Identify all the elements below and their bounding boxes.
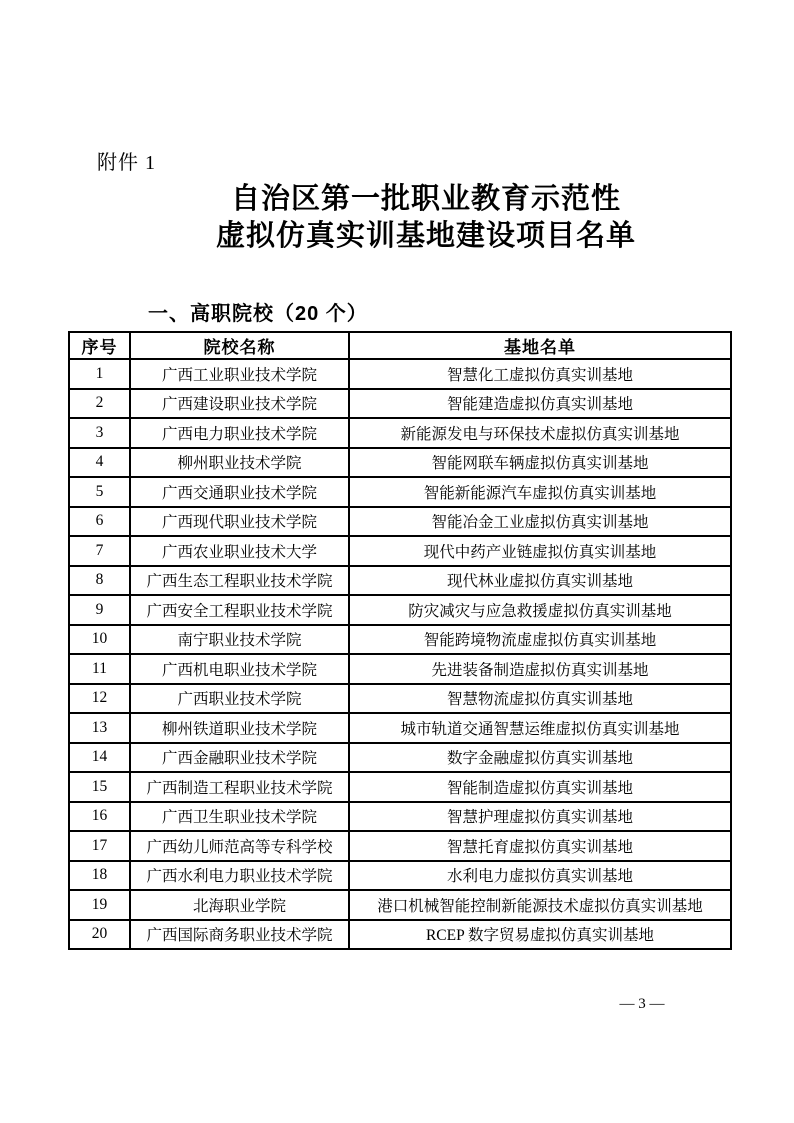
table-row: 8广西生态工程职业技术学院现代林业虚拟仿真实训基地 bbox=[69, 566, 731, 596]
base-name-cell: 数字金融虚拟仿真实训基地 bbox=[349, 743, 731, 773]
table-row: 4柳州职业技术学院智能网联车辆虚拟仿真实训基地 bbox=[69, 448, 731, 478]
base-name-cell: 智能跨境物流虚虚拟仿真实训基地 bbox=[349, 625, 731, 655]
table-row: 20广西国际商务职业技术学院RCEP 数字贸易虚拟仿真实训基地 bbox=[69, 920, 731, 950]
table-row: 11广西机电职业技术学院先进装备制造虚拟仿真实训基地 bbox=[69, 654, 731, 684]
table-row: 9广西安全工程职业技术学院防灾减灾与应急救援虚拟仿真实训基地 bbox=[69, 595, 731, 625]
institution-name-cell: 广西现代职业技术学院 bbox=[130, 507, 349, 537]
table-row: 13柳州铁道职业技术学院城市轨道交通智慧运维虚拟仿真实训基地 bbox=[69, 713, 731, 743]
row-number-cell: 9 bbox=[69, 595, 130, 625]
institution-name-cell: 北海职业学院 bbox=[130, 890, 349, 920]
document-page: 附件 1 自治区第一批职业教育示范性 虚拟仿真实训基地建设项目名单 一、高职院校… bbox=[0, 0, 794, 1123]
institution-name-cell: 广西水利电力职业技术学院 bbox=[130, 861, 349, 891]
institution-name-cell: 广西交通职业技术学院 bbox=[130, 477, 349, 507]
base-name-cell: 智能冶金工业虚拟仿真实训基地 bbox=[349, 507, 731, 537]
base-name-cell: 防灾减灾与应急救援虚拟仿真实训基地 bbox=[349, 595, 731, 625]
table-row: 2广西建设职业技术学院智能建造虚拟仿真实训基地 bbox=[69, 389, 731, 419]
row-number-cell: 14 bbox=[69, 743, 130, 773]
header-institution-name: 院校名称 bbox=[130, 332, 349, 359]
base-name-cell: 智慧化工虚拟仿真实训基地 bbox=[349, 359, 731, 389]
base-name-cell: RCEP 数字贸易虚拟仿真实训基地 bbox=[349, 920, 731, 950]
base-name-cell: 智能新能源汽车虚拟仿真实训基地 bbox=[349, 477, 731, 507]
row-number-cell: 15 bbox=[69, 772, 130, 802]
table-header: 序号 院校名称 基地名单 bbox=[69, 332, 731, 359]
institution-name-cell: 广西卫生职业技术学院 bbox=[130, 802, 349, 832]
institution-name-cell: 广西金融职业技术学院 bbox=[130, 743, 349, 773]
row-number-cell: 11 bbox=[69, 654, 130, 684]
table-row: 17广西幼儿师范高等专科学校智慧托育虚拟仿真实训基地 bbox=[69, 831, 731, 861]
table-row: 16广西卫生职业技术学院智慧护理虚拟仿真实训基地 bbox=[69, 802, 731, 832]
row-number-cell: 8 bbox=[69, 566, 130, 596]
table-row: 3广西电力职业技术学院新能源发电与环保技术虚拟仿真实训基地 bbox=[69, 418, 731, 448]
table-row: 19北海职业学院港口机械智能控制新能源技术虚拟仿真实训基地 bbox=[69, 890, 731, 920]
base-name-cell: 智能网联车辆虚拟仿真实训基地 bbox=[349, 448, 731, 478]
institution-name-cell: 广西职业技术学院 bbox=[130, 684, 349, 714]
base-name-cell: 新能源发电与环保技术虚拟仿真实训基地 bbox=[349, 418, 731, 448]
page-number: — 3 — bbox=[597, 996, 687, 1013]
document-title-line2: 虚拟仿真实训基地建设项目名单 bbox=[58, 218, 794, 255]
institution-name-cell: 广西建设职业技术学院 bbox=[130, 389, 349, 419]
institution-name-cell: 广西国际商务职业技术学院 bbox=[130, 920, 349, 950]
base-name-cell: 港口机械智能控制新能源技术虚拟仿真实训基地 bbox=[349, 890, 731, 920]
header-serial-number: 序号 bbox=[69, 332, 130, 359]
base-name-cell: 智能制造虚拟仿真实训基地 bbox=[349, 772, 731, 802]
base-name-cell: 智慧托育虚拟仿真实训基地 bbox=[349, 831, 731, 861]
row-number-cell: 10 bbox=[69, 625, 130, 655]
row-number-cell: 17 bbox=[69, 831, 130, 861]
table-row: 10南宁职业技术学院智能跨境物流虚虚拟仿真实训基地 bbox=[69, 625, 731, 655]
institution-name-cell: 广西工业职业技术学院 bbox=[130, 359, 349, 389]
row-number-cell: 19 bbox=[69, 890, 130, 920]
institution-name-cell: 柳州职业技术学院 bbox=[130, 448, 349, 478]
table-row: 1广西工业职业技术学院智慧化工虚拟仿真实训基地 bbox=[69, 359, 731, 389]
row-number-cell: 6 bbox=[69, 507, 130, 537]
base-name-cell: 水利电力虚拟仿真实训基地 bbox=[349, 861, 731, 891]
document-title-line1: 自治区第一批职业教育示范性 bbox=[58, 181, 794, 218]
row-number-cell: 4 bbox=[69, 448, 130, 478]
base-name-cell: 城市轨道交通智慧运维虚拟仿真实训基地 bbox=[349, 713, 731, 743]
row-number-cell: 12 bbox=[69, 684, 130, 714]
row-number-cell: 1 bbox=[69, 359, 130, 389]
row-number-cell: 7 bbox=[69, 536, 130, 566]
base-name-cell: 智能建造虚拟仿真实训基地 bbox=[349, 389, 731, 419]
table-row: 7广西农业职业技术大学现代中药产业链虚拟仿真实训基地 bbox=[69, 536, 731, 566]
institution-name-cell: 广西机电职业技术学院 bbox=[130, 654, 349, 684]
base-name-cell: 现代林业虚拟仿真实训基地 bbox=[349, 566, 731, 596]
section-heading: 一、高职院校（20 个） bbox=[148, 297, 368, 326]
row-number-cell: 13 bbox=[69, 713, 130, 743]
institution-name-cell: 广西生态工程职业技术学院 bbox=[130, 566, 349, 596]
row-number-cell: 16 bbox=[69, 802, 130, 832]
institution-name-cell: 广西电力职业技术学院 bbox=[130, 418, 349, 448]
table-row: 6广西现代职业技术学院智能冶金工业虚拟仿真实训基地 bbox=[69, 507, 731, 537]
row-number-cell: 20 bbox=[69, 920, 130, 950]
base-name-cell: 智慧物流虚拟仿真实训基地 bbox=[349, 684, 731, 714]
table-row: 12广西职业技术学院智慧物流虚拟仿真实训基地 bbox=[69, 684, 731, 714]
institution-name-cell: 广西制造工程职业技术学院 bbox=[130, 772, 349, 802]
base-name-cell: 先进装备制造虚拟仿真实训基地 bbox=[349, 654, 731, 684]
document-title: 自治区第一批职业教育示范性 虚拟仿真实训基地建设项目名单 bbox=[0, 181, 794, 255]
header-base-name: 基地名单 bbox=[349, 332, 731, 359]
attachment-label: 附件 1 bbox=[97, 146, 156, 175]
table-body: 1广西工业职业技术学院智慧化工虚拟仿真实训基地2广西建设职业技术学院智能建造虚拟… bbox=[69, 359, 731, 949]
row-number-cell: 18 bbox=[69, 861, 130, 891]
table-header-row: 序号 院校名称 基地名单 bbox=[69, 332, 731, 359]
table-row: 18广西水利电力职业技术学院水利电力虚拟仿真实训基地 bbox=[69, 861, 731, 891]
table-row: 5广西交通职业技术学院智能新能源汽车虚拟仿真实训基地 bbox=[69, 477, 731, 507]
table-row: 15广西制造工程职业技术学院智能制造虚拟仿真实训基地 bbox=[69, 772, 731, 802]
institution-name-cell: 广西安全工程职业技术学院 bbox=[130, 595, 349, 625]
institution-name-cell: 广西农业职业技术大学 bbox=[130, 536, 349, 566]
row-number-cell: 2 bbox=[69, 389, 130, 419]
base-name-cell: 现代中药产业链虚拟仿真实训基地 bbox=[349, 536, 731, 566]
institution-name-cell: 柳州铁道职业技术学院 bbox=[130, 713, 349, 743]
table-row: 14广西金融职业技术学院数字金融虚拟仿真实训基地 bbox=[69, 743, 731, 773]
college-base-table: 序号 院校名称 基地名单 1广西工业职业技术学院智慧化工虚拟仿真实训基地2广西建… bbox=[68, 331, 732, 950]
institution-name-cell: 南宁职业技术学院 bbox=[130, 625, 349, 655]
institution-name-cell: 广西幼儿师范高等专科学校 bbox=[130, 831, 349, 861]
row-number-cell: 3 bbox=[69, 418, 130, 448]
row-number-cell: 5 bbox=[69, 477, 130, 507]
base-name-cell: 智慧护理虚拟仿真实训基地 bbox=[349, 802, 731, 832]
